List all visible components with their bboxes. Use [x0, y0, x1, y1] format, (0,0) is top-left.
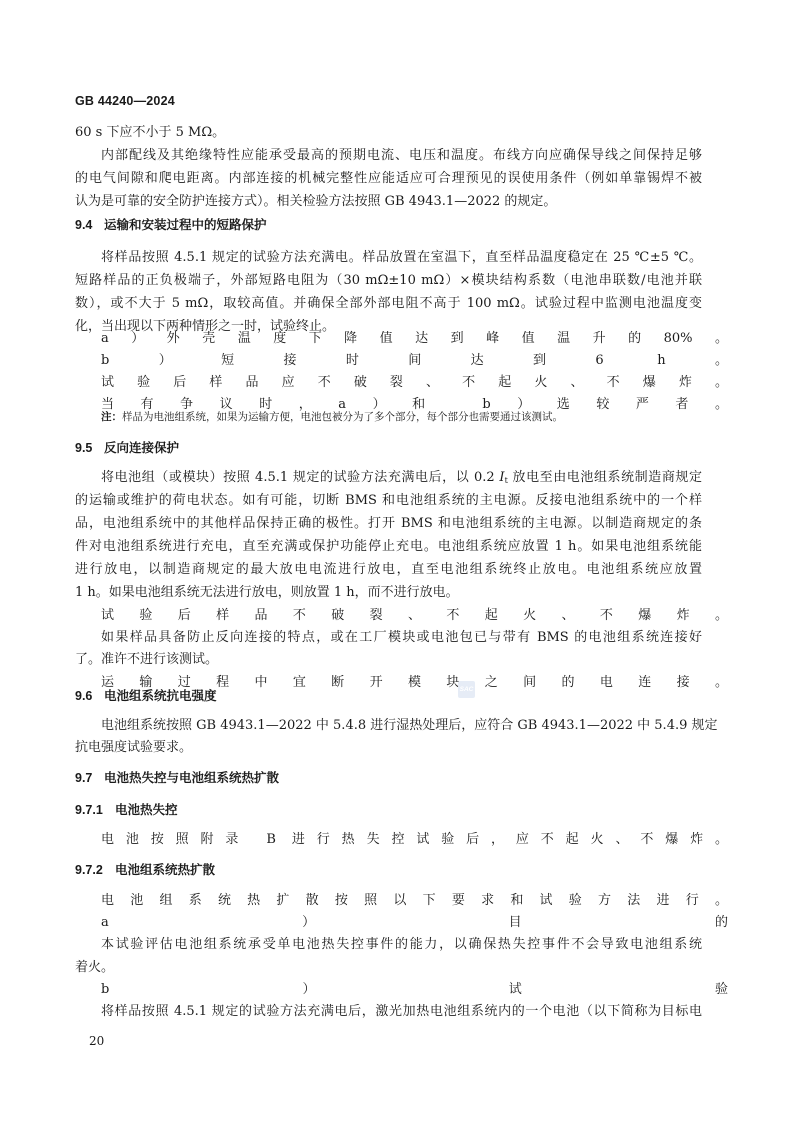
section-title: 电池组系统抗电强度	[104, 689, 217, 703]
standard-header: GB 44240—2024	[75, 94, 175, 108]
section-heading-9-6: 9.6电池组系统抗电强度	[75, 688, 217, 704]
paragraph-line: 试验后样品应不破裂、不起火、不爆炸。	[101, 375, 728, 391]
paragraph-line: 将样品按照 4.5.1 规定的试验方法充满电后，激光加热电池组系统内的一个电池（…	[101, 1004, 702, 1020]
section-heading-9-7: 9.7电池热失控与电池组系统热扩散	[75, 770, 279, 786]
paragraph-line: 电池组系统热扩散按照以下要求和试验方法进行。	[101, 893, 728, 909]
section-heading-9-7-1: 9.7.1电池热失控	[75, 802, 178, 818]
section-title: 运输和安装过程中的短路保护	[104, 218, 267, 232]
list-item-a: a）外壳温度下降值达到峰值温升的80%。	[101, 331, 728, 347]
note: 注：样品为电池组系统，如果为运输方便，电池包被分为了多个部分，每个部分也需要通过…	[101, 410, 563, 424]
list-item-a: a）目的	[101, 915, 728, 931]
paragraph-line: 抗电强度试验要求。	[75, 740, 702, 756]
section-number: 9.6	[75, 688, 104, 704]
section-heading-9-4: 9.4运输和安装过程中的短路保护	[75, 217, 267, 233]
section-title: 反向连接保护	[104, 441, 179, 455]
text-run: 将电池组（或模块）按照 4.5.1 规定的试验方法充满电后，以 0.2	[101, 470, 499, 485]
note-text: 样品为电池组系统，如果为运输方便，电池包被分为了多个部分，每个部分也需要通过该测…	[122, 411, 563, 423]
list-item-b: b）短接时间达到6 h。	[101, 353, 728, 369]
paragraph-line: 将样品按照 4.5.1 规定的试验方法充满电。样品放置在室温下，直至样品温度稳定…	[101, 250, 702, 266]
paragraph-line: 1 h。如果电池组系统无法进行放电，则放置 1 h，而不进行放电。	[75, 585, 702, 601]
paragraph-line: 的电气间隙和爬电距离。内部连接的机械完整性应能适应可合理预见的误使用条件（例如单…	[75, 171, 702, 187]
paragraph-line: 着火。	[75, 960, 702, 976]
note-label: 注：	[101, 411, 122, 423]
paragraph-line: 进行放电，以制造商规定的最大放电电流进行放电，直至电池组系统终止放电。电池组系统…	[75, 562, 702, 578]
paragraph-line: 的运输或维护的荷电状态。如有可能，切断 BMS 和电池组系统的主电源。反接电池组…	[75, 493, 702, 509]
paragraph-line: 品，电池组系统中的其他样品保持正确的极性。打开 BMS 和电池组系统的主电源。以…	[75, 516, 702, 532]
paragraph-line: 将电池组（或模块）按照 4.5.1 规定的试验方法充满电后，以 0.2 It 放…	[101, 470, 702, 489]
section-number: 9.5	[75, 440, 104, 456]
document-page: GB 44240—2024 60 s 下应不小于 5 MΩ。 内部配线及其绝缘特…	[0, 0, 794, 1123]
paragraph-line: 电池按照附录 B 进行热失控试验后，应不起火、不爆炸。	[101, 832, 728, 848]
paragraph-line: 本试验评估电池组系统承受单电池热失控事件的能力，以确保热失控事件不会导致电池组系…	[101, 937, 702, 953]
section-heading-9-5: 9.5反向连接保护	[75, 440, 179, 456]
paragraph-line: 认为是可靠的安全防护连接方式）。相关检验方法按照 GB 4943.1—2022 …	[75, 194, 702, 210]
section-number: 9.7	[75, 770, 104, 786]
section-title: 电池热失控与电池组系统热扩散	[104, 771, 279, 785]
paragraph-line: 试验后样品不破裂、不起火、不爆炸。	[101, 608, 728, 624]
paragraph-line: 电池组系统按照 GB 4943.1—2022 中 5.4.8 进行湿热处理后，应…	[101, 718, 702, 734]
paragraph-line: 如果样品具备防止反向连接的特点，或在工厂模块或电池包已与带有 BMS 的电池组系…	[101, 630, 702, 646]
text-run: 放电至由电池组系统制造商规定	[508, 470, 702, 485]
section-number: 9.7.1	[75, 802, 115, 818]
sac-watermark-logo: SAC	[458, 681, 475, 698]
paragraph-line: 短路样品的正负极端子，外部短路电阻为（30 mΩ±10 mΩ）×模块结构系数（电…	[75, 273, 702, 289]
page-number: 20	[89, 1034, 104, 1048]
paragraph-line: 了。准许不进行该测试。	[75, 652, 702, 668]
section-number: 9.4	[75, 217, 104, 233]
section-title: 电池热失控	[115, 803, 178, 817]
paragraph-line: 内部配线及其绝缘特性应能承受最高的预期电流、电压和温度。布线方向应确保导线之间保…	[101, 148, 702, 164]
paragraph-line: 件对电池组系统进行充电，直至充满或保护功能停止充电。电池组系统应放置 1 h。如…	[75, 539, 702, 555]
paragraph-line: 60 s 下应不小于 5 MΩ。	[75, 125, 702, 141]
list-item-b: b）试验	[101, 982, 728, 998]
section-number: 9.7.2	[75, 862, 115, 878]
paragraph-line: 数），或不大于 5 mΩ，取较高值。并确保全部外部电阻不高于 100 mΩ。试验…	[75, 296, 702, 312]
section-heading-9-7-2: 9.7.2电池组系统热扩散	[75, 862, 215, 878]
section-title: 电池组系统热扩散	[115, 863, 215, 877]
